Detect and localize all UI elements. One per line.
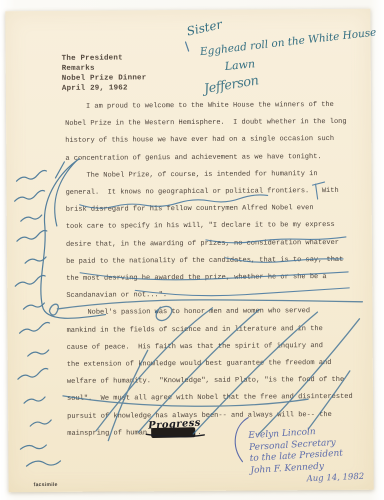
photo-background: The President Remarks Nobel Prize Dinner…	[0, 0, 384, 500]
top-note-lawn: Lawn	[224, 57, 255, 73]
facsimile-label: facsimile	[34, 482, 58, 488]
top-note-sister: Sister	[185, 17, 223, 38]
typed-body: I am proud to welcome to the White House…	[65, 97, 353, 443]
top-note-egghead: Egghead roll on the White House	[199, 26, 377, 58]
document-header: The President Remarks Nobel Prize Dinner…	[62, 53, 147, 94]
jefferson-scrawl: Jefferson	[203, 73, 260, 97]
document-page: The President Remarks Nobel Prize Dinner…	[5, 9, 373, 493]
date-annotation: Aug 14, 1982	[306, 472, 364, 484]
signature-block: Evelyn Lincoln Personal Secretary to the…	[248, 426, 344, 477]
